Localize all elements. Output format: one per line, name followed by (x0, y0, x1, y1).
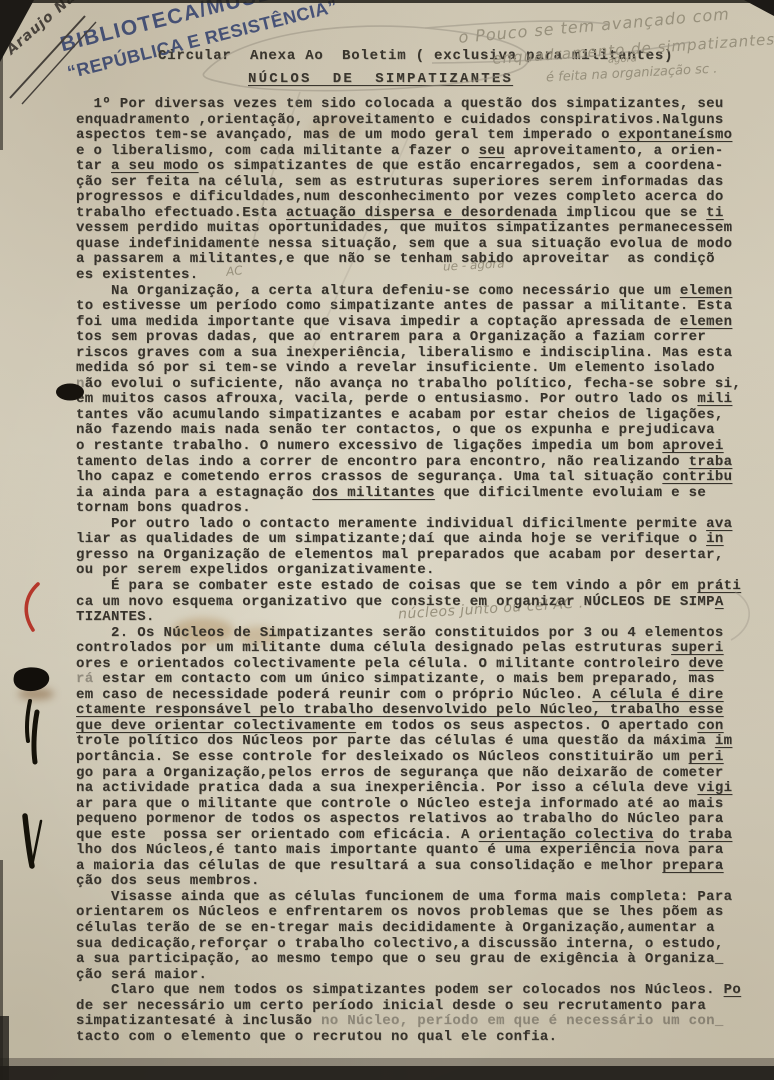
typewritten-segment: deve (689, 656, 724, 672)
typewritten-line: em caso de necessidade poderá reunir com… (76, 688, 764, 704)
photo-corner-top-left (0, 0, 34, 62)
typewritten-line: to estivesse um período como simpatizant… (76, 299, 764, 315)
typewritten-line: o restante trabalho. O numero excessivo … (76, 439, 764, 455)
scanned-document-page: BIBLIOTECA/MUSEU “REPÚBLICA E RESISTÊNCI… (0, 0, 774, 1080)
typewritten-line: tamento delas indo a correr de encontro … (76, 455, 764, 471)
typewritten-line: ção ser feita na célula, sem as estrutur… (76, 175, 764, 191)
photo-edge-top (0, 0, 774, 3)
typewritten-line: tos sem provas dadas, que ao entrarem pa… (76, 330, 764, 346)
typewritten-segment: e o liberalismo, com cada militante a fa… (76, 143, 479, 159)
typewritten-line: quase indefinidamente nessa situação, se… (76, 237, 764, 253)
typewritten-segment: ção dos seus membros. (76, 873, 260, 889)
typewritten-segment: Visasse ainda que as células funcionem d… (76, 889, 732, 905)
typewritten-segment: orientação colectiva (479, 827, 654, 843)
typewritten-line: riscos graves com a sua inexperiência, l… (76, 346, 764, 362)
typewritten-segment: contribu (662, 469, 732, 485)
typewritten-line: medida só por si tem-se vindo a revelar … (76, 361, 764, 377)
typewritten-segment: 2. Os Núcleos de Simpatizantes serão con… (76, 625, 724, 641)
typewritten-line: liar as qualidades de um simpatizante;da… (76, 532, 764, 548)
typewritten-line: a maioria das células de que resultará a… (76, 859, 764, 875)
typewritten-line: Na Organização, a certa altura defeniu-s… (76, 284, 764, 300)
typewritten-segment: elemen (680, 314, 733, 330)
red-margin-mark (26, 584, 38, 630)
typewritten-line: orientarem os Núcleos e enfrentarem os n… (76, 905, 764, 921)
typewritten-segment: expontaneísmo (619, 127, 733, 143)
typewritten-line: em muitos casos afrouxa, vacila, perde o… (76, 392, 764, 408)
typewritten-segment: rá (76, 671, 94, 687)
typewritten-line: vessem perdido muitas oportunidades, que… (76, 221, 764, 237)
typewritten-segment: tar (76, 158, 111, 174)
typewritten-line: trabalho efectuado.Esta actuação dispers… (76, 206, 764, 222)
paper-stain (18, 688, 54, 700)
typewritten-line: Claro que nem todos os simpatizantes pod… (76, 983, 764, 999)
typewritten-line: tantes vão acumulando simpatizantes e ac… (76, 408, 764, 424)
typewritten-segment: in (706, 531, 724, 547)
typewritten-segment: A célula é dire (592, 687, 723, 703)
typewritten-line: ctamente responsável pelo trabalho desen… (76, 703, 764, 719)
typewritten-segment: em caso de necessidade poderá reunir com… (76, 687, 592, 703)
typewritten-segment: pequeno pormenor de todos os aspectos re… (76, 811, 724, 827)
typewritten-segment: tantes vão acumulando simpatizantes e ac… (76, 407, 724, 423)
typewritten-segment: o restante trabalho. O numero excessivo … (76, 438, 662, 454)
typewritten-segment: Na Organização, a certa altura defeniu-s… (76, 283, 680, 299)
typewritten-segment: ão evolui o suficiente, não avança no tr… (85, 376, 741, 392)
typewritten-segment: É para se combater este estado de coisas… (76, 578, 697, 594)
photo-edge-bottom (0, 1066, 774, 1080)
typewritten-segment: práti (697, 578, 741, 594)
typewritten-segment: ção será maior. (76, 967, 207, 983)
typewritten-segment: gresso na Organização de elementos mal p… (76, 547, 724, 563)
typewritten-segment: prepara (662, 858, 723, 874)
typewritten-segment: na actividade pratica dada a sua inexper… (76, 780, 697, 796)
typewritten-line: Visasse ainda que as células funcionem d… (76, 890, 764, 906)
typewritten-segment: aspectos tem-se avançado, mas de um modo… (76, 127, 619, 143)
typewritten-segment: TIZANTES. (76, 609, 155, 625)
typewritten-segment: tacto com o elemento que o recrutou no q… (76, 1029, 557, 1045)
typewritten-segment: ar para que o militante que controle o N… (76, 796, 724, 812)
typewritten-segment: de ser necessário um certo período inici… (76, 998, 706, 1014)
typewritten-segment: A (715, 594, 724, 610)
typewritten-segment: orientarem os Núcleos e enfrentarem os n… (76, 904, 724, 920)
typewritten-segment: implicou que se (557, 205, 706, 221)
typewritten-segment: n (76, 376, 85, 392)
typewritten-segment: aprovei (662, 438, 723, 454)
typewritten-line: tar a seu modo os simpatizantes de que e… (76, 159, 764, 175)
typewritten-line: e o liberalismo, com cada militante a fa… (76, 144, 764, 160)
typewritten-segment: simpatizantesaté à inclusão (76, 1013, 321, 1029)
typewritten-line: ção será maior. (76, 968, 764, 984)
typewritten-segment: Claro que nem todos os simpatizantes pod… (76, 982, 724, 998)
typewritten-segment: riscos graves com a sua inexperiência, l… (76, 345, 732, 361)
typewritten-line: rá estar em contacto com um único simpat… (76, 672, 764, 688)
typewritten-line: progressos e dificuldades,num desconheci… (76, 190, 764, 206)
typewritten-line: que este possa ser orientado com eficáci… (76, 828, 764, 844)
typewritten-segment: ou por serem expelidos organizativamente… (76, 562, 435, 578)
typewritten-segment: estar em contacto com um único simpatiza… (94, 671, 715, 687)
typewritten-segment: em muitos casos afrouxa, vacila, perde o… (76, 391, 697, 407)
typewritten-segment: Po (724, 982, 742, 998)
typewritten-line: ção dos seus membros. (76, 874, 764, 890)
photo-edge-bottom-shadow (0, 1058, 774, 1066)
typewritten-line: É para se combater este estado de coisas… (76, 579, 764, 595)
typewritten-segment: a sua participação, ao mesmo tempo que o… (76, 951, 724, 967)
typewritten-line: ou por serem expelidos organizativamente… (76, 563, 764, 579)
typewritten-line: simpatizantesaté à inclusão no Núcleo, p… (76, 1014, 764, 1030)
typewritten-line: de ser necessário um certo período inici… (76, 999, 764, 1015)
typewritten-segment: seu (479, 143, 505, 159)
photo-corner-bottom-left (0, 1016, 9, 1080)
typewritten-segment: dos militantes (312, 485, 435, 501)
typewritten-segment: progressos e dificuldades,num desconheci… (76, 189, 724, 205)
typewritten-segment: superi (671, 640, 724, 656)
typewritten-segment: não fazendo mais nada senão ter contacto… (76, 422, 715, 438)
typewritten-line: 1º Por diversas vezes tem sido colocada … (76, 97, 764, 113)
typewritten-line: lho dos Núcleos,é tanto mais importante … (76, 843, 764, 859)
typewritten-segment: lho capaz e cometendo erros crassos de s… (76, 469, 662, 485)
typewritten-line: foi uma medida importante que visava imp… (76, 315, 764, 331)
typewritten-segment: liar as qualidades de um simpatizante;da… (76, 531, 706, 547)
photo-corner-top-right (744, 0, 774, 16)
typewritten-segment: to estivesse um período como simpatizant… (76, 298, 732, 314)
ink-margin-strokes (25, 701, 41, 866)
typewritten-segment: Por outro lado o contacto meramente indi… (76, 516, 706, 532)
typewritten-segment: vessem perdido muitas oportunidades, que… (76, 220, 732, 236)
typewritten-line: tornam bons quadros. (76, 501, 764, 517)
typewritten-segment: peri (689, 749, 724, 765)
typewritten-segment: tornam bons quadros. (76, 500, 251, 516)
typewritten-segment: os simpatizantes de que estão encarregad… (199, 158, 724, 174)
typewritten-segment: portância. Se esse controle for desleixa… (76, 749, 689, 765)
typewritten-line: ia ainda para a estagnação dos militante… (76, 486, 764, 502)
typewritten-segment: tamento delas indo a correr de encontro … (76, 454, 689, 470)
typewritten-segment: mili (697, 391, 732, 407)
typewritten-line: aspectos tem-se avançado, mas de um modo… (76, 128, 764, 144)
typewritten-line: Por outro lado o contacto meramente indi… (76, 517, 764, 533)
typewritten-segment: ção ser feita na célula, sem as estrutur… (76, 174, 724, 190)
typewritten-segment: traba (689, 454, 733, 470)
typewritten-segment: es existentes. (76, 267, 199, 283)
typewritten-line: não fazendo mais nada senão ter contacto… (76, 423, 764, 439)
document-title-line2: NÚCLOS DE SIMPATIZANTES (248, 71, 513, 87)
typewritten-segment: ctamente responsável pelo trabalho desen… (76, 702, 724, 718)
typewritten-line: TIZANTES. (76, 610, 764, 626)
pencil-note-under-title: é feita na organização sc . (546, 62, 718, 86)
typewritten-segment: que deve orientar colectivamente (76, 718, 356, 734)
typewritten-segment: controlados por um militante duma célula… (76, 640, 671, 656)
document-body: 1º Por diversas vezes tem sido colocada … (76, 97, 764, 1045)
typewritten-segment: sua dedicação,reforçar o trabalho colect… (76, 936, 724, 952)
typewritten-segment: no Núcleo, período em que é necessário u… (321, 1013, 724, 1029)
typewritten-segment: tos sem provas dadas, que ao entrarem pa… (76, 329, 706, 345)
typewritten-segment: ava (706, 516, 732, 532)
typewritten-segment: aproveitamento, a orien- (505, 143, 724, 159)
typewritten-line: portância. Se esse controle for desleixa… (76, 750, 764, 766)
typewritten-segment: em todos os seus aspectos. O apertado (356, 718, 697, 734)
typewritten-segment: do (654, 827, 689, 843)
typewritten-segment: a maioria das células de que resultará a… (76, 858, 662, 874)
typewritten-segment: 1º Por diversas vezes tem sido colocada … (76, 96, 724, 112)
typewritten-segment: ti (706, 205, 724, 221)
typewritten-line: sua dedicação,reforçar o trabalho colect… (76, 937, 764, 953)
typewritten-line: gresso na Organização de elementos mal p… (76, 548, 764, 564)
typewritten-segment: con (697, 718, 723, 734)
typewritten-line: não evolui o suficiente, não avança no t… (76, 377, 764, 393)
typewritten-line: a sua participação, ao mesmo tempo que o… (76, 952, 764, 968)
typewritten-segment: a passarem a militantes,e que não se ten… (76, 251, 715, 267)
typewritten-segment: ca um novo esquema organizativo que cons… (76, 594, 715, 610)
typewritten-line: ca um novo esquema organizativo que cons… (76, 595, 764, 611)
typewritten-line: controlados por um militante duma célula… (76, 641, 764, 657)
typewritten-line: go para a Organização,pelos erros de seg… (76, 766, 764, 782)
typewritten-line: células terão de se en-tregar mais decid… (76, 921, 764, 937)
typewritten-line: lho capaz e cometendo erros crassos de s… (76, 470, 764, 486)
typewritten-segment: que este possa ser orientado com eficáci… (76, 827, 479, 843)
typewritten-segment: trole político dos Núcleos por parte das… (76, 733, 715, 749)
typewritten-segment: actuação dispersa e desordenada (286, 205, 557, 221)
typewritten-segment: ores e orientados colectivamente pela cé… (76, 656, 689, 672)
typewritten-segment: trabalho efectuado.Esta (76, 205, 286, 221)
typewritten-segment: a seu modo (111, 158, 199, 174)
typewritten-segment: go para a Organização,pelos erros de seg… (76, 765, 724, 781)
typewritten-segment: medida só por si tem-se vindo a revelar … (76, 360, 715, 376)
typewritten-line: enquadramento ,orientação, aproveitament… (76, 113, 764, 129)
typewritten-line: trole político dos Núcleos por parte das… (76, 734, 764, 750)
typewritten-segment: quase indefinidamente nessa situação, se… (76, 236, 732, 252)
typewritten-line: ar para que o militante que controle o N… (76, 797, 764, 813)
typewritten-line: tacto com o elemento que o recrutou no q… (76, 1030, 764, 1046)
typewritten-line: que deve orientar colectivamente em todo… (76, 719, 764, 735)
typewritten-segment: vigi (697, 780, 732, 796)
typewritten-segment: enquadramento ,orientação, aproveitament… (76, 112, 724, 128)
typewritten-line: 2. Os Núcleos de Simpatizantes serão con… (76, 626, 764, 642)
typewritten-line: es existentes. (76, 268, 764, 284)
typewritten-line: ores e orientados colectivamente pela cé… (76, 657, 764, 673)
typewritten-segment: células terão de se en-tregar mais decid… (76, 920, 715, 936)
typewritten-segment: elemen (680, 283, 733, 299)
typewritten-line: a passarem a militantes,e que não se ten… (76, 252, 764, 268)
typewritten-segment: foi uma medida importante que visava imp… (76, 314, 680, 330)
typewritten-segment: ia ainda para a estagnação (76, 485, 312, 501)
typewritten-segment: im (715, 733, 733, 749)
pencil-note-under-title-superscript: agora (608, 53, 637, 65)
typewritten-line: na actividade pratica dada a sua inexper… (76, 781, 764, 797)
typewritten-segment: traba (689, 827, 733, 843)
typewritten-segment: que dificilmente evoluiam e se (435, 485, 706, 501)
typewritten-line: pequeno pormenor de todos os aspectos re… (76, 812, 764, 828)
typewritten-segment: lho dos Núcleos,é tanto mais importante … (76, 842, 724, 858)
